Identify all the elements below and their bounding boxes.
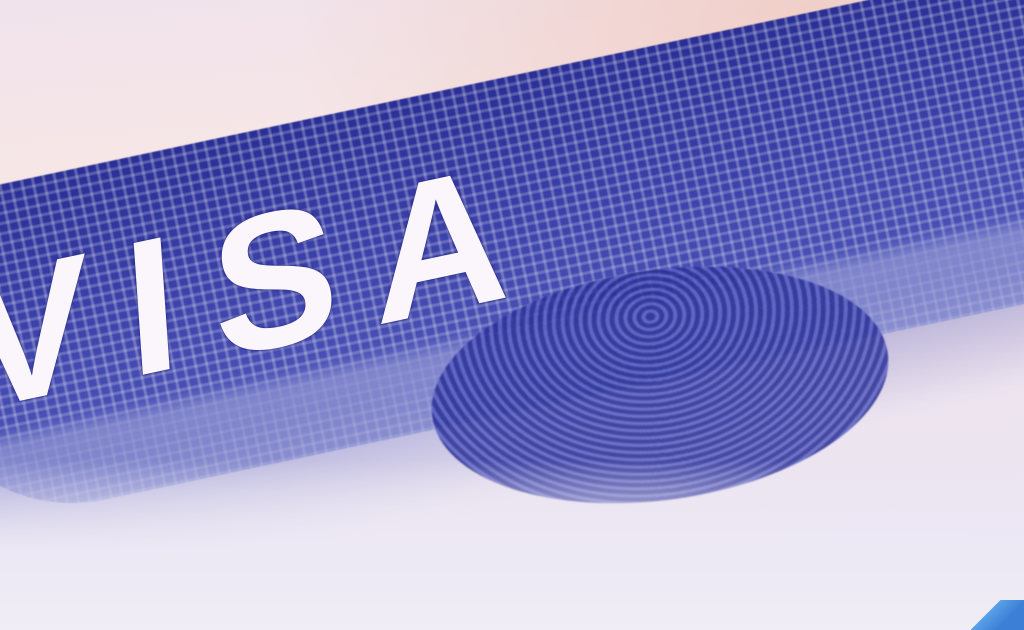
visa-photo: VISA [0,0,1024,630]
corner-accent [964,600,1024,630]
blurred-paper-foreground [0,460,1024,630]
